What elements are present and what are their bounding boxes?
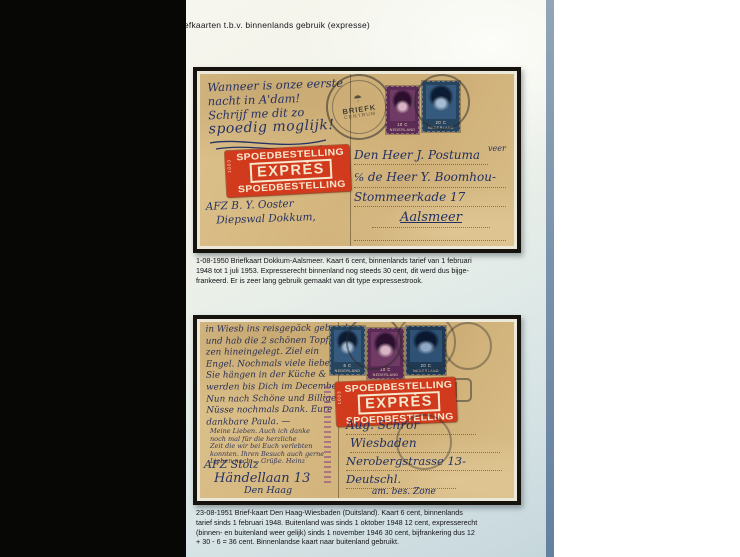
- label-serial: 1003: [336, 390, 342, 404]
- cancel-ring: [414, 74, 470, 130]
- message-line: spoedig moglijk!: [209, 118, 345, 137]
- caption-line: 1-08-1950 Briefkaart Dokkum-Aalsmeer. Ka…: [196, 256, 472, 266]
- postmark-subtext: CENTRUM: [344, 112, 377, 121]
- postcard-mount-2: in Wiesb ins reisgepäck gebrochen und ha…: [193, 315, 521, 505]
- stamp-value: 10 C: [387, 122, 418, 127]
- postcard-mat-2: in Wiesb ins reisgepäck gebrochen und ha…: [197, 319, 517, 501]
- sender-line: Diepswal Dokkum,: [216, 210, 316, 227]
- caption-1: 1-08-1950 Briefkaart Dokkum-Aalsmeer. Ka…: [196, 256, 472, 285]
- stamp-country: NEDERLAND: [368, 373, 403, 377]
- postcard-1: Wanneer is onze eerste nacht in A'dam! S…: [200, 74, 514, 246]
- sender-line: AFZ Stolz: [204, 458, 259, 471]
- caption-line: frankeerd. Er is zeer lang gebruik gemaa…: [196, 276, 472, 286]
- caption-line: (binnen- en buitenland weer gelijk) sind…: [196, 528, 477, 538]
- page-title: Briefkaarten t.b.v. binnenlands gebruik …: [173, 20, 370, 30]
- dark-background: [0, 0, 186, 557]
- handwritten-message: Wanneer is onze eerste nacht in A'dam! S…: [207, 76, 345, 137]
- postcard-mount-1: Wanneer is onze eerste nacht in A'dam! S…: [193, 67, 521, 253]
- sender-block: AFZ B. Y. Ooster Diepswal Dokkum,: [206, 196, 316, 228]
- caption-line: tarief sinds 1 februari 1948. Buitenland…: [196, 518, 477, 528]
- address-line: am. bes. Zone: [372, 487, 472, 498]
- album-page: Briefkaarten t.b.v. binnenlands gebruik …: [186, 0, 546, 557]
- cancel-ring: [444, 322, 492, 370]
- address-line: Stommeerkade 17: [354, 190, 506, 207]
- blank-address-line: [354, 230, 506, 241]
- stamp-country: NEDERLAND: [331, 369, 364, 373]
- caption-line: 1948 tot 1 juli 1953. Expresserecht binn…: [196, 266, 472, 276]
- address-line: Den Heer J. Postuma: [354, 148, 488, 165]
- express-label: 1003 SPOEDBESTELLING EXPRÈS SPOEDBESTELL…: [225, 145, 351, 197]
- postmark-text: BRIEFK: [342, 103, 377, 117]
- sender-line: Den Haag: [244, 485, 292, 496]
- label-serial: 1003: [226, 159, 232, 173]
- postcard-mat-1: Wanneer is onze eerste nacht in A'dam! S…: [197, 71, 517, 249]
- photo-of-album-page: Briefkaarten t.b.v. binnenlands gebruik …: [0, 0, 740, 557]
- umbrella-icon: ☂: [353, 94, 363, 105]
- stamp-10c: 10 C NEDERLAND: [386, 86, 419, 134]
- postcard-2: in Wiesb ins reisgepäck gebrochen und ha…: [200, 322, 514, 498]
- address-note: veer: [488, 144, 506, 153]
- caption-line: + 30 - 6 = 36 cent. Binnenlandse kaart n…: [196, 537, 477, 547]
- queen-portrait: [390, 90, 415, 121]
- sender-line: Händellaan 13: [214, 471, 310, 486]
- caption-2: 23-08-1951 Brief-kaart Den Haag-Wiesbade…: [196, 508, 477, 547]
- address-line: ℅ de Heer Y. Boomhou-: [354, 170, 506, 188]
- address-line: Aalsmeer: [372, 210, 490, 228]
- caption-line: 23-08-1951 Brief-kaart Den Haag-Wiesbade…: [196, 508, 477, 518]
- transit-mark: [324, 386, 331, 486]
- page-edge: [546, 0, 554, 557]
- stamp-country: NEDERLAND: [387, 128, 418, 132]
- arrival-postmark-ring: [396, 414, 452, 470]
- expres-text: EXPRÈS: [358, 391, 441, 415]
